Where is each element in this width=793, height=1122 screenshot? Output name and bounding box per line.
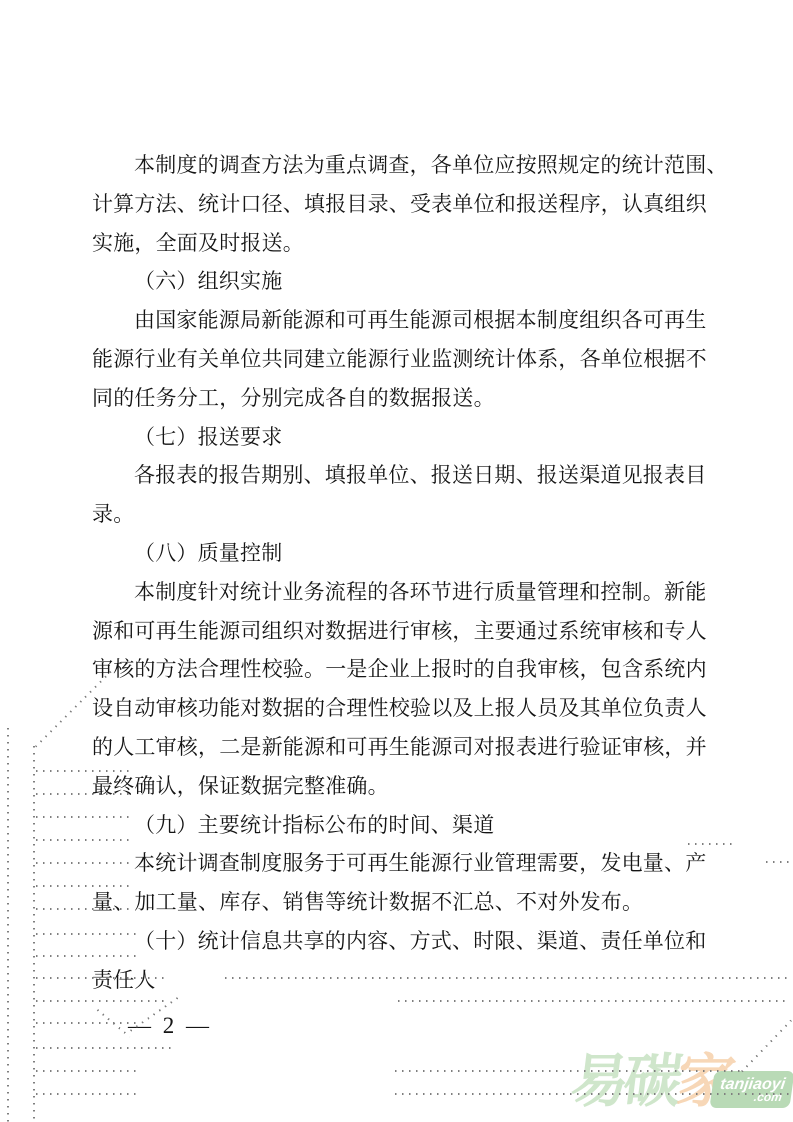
dot-line: [36, 955, 136, 957]
dot-line: [398, 1000, 790, 1002]
dot-line: [36, 1047, 176, 1049]
dot-line: [36, 770, 132, 772]
dot-line: [36, 1022, 136, 1024]
text-line: 审核的方法合理性校验。一是企业上报时的自我审核，包含系统内: [92, 650, 704, 689]
text-line: 责任人: [92, 961, 704, 1000]
dot-line: [36, 1093, 136, 1095]
text-line: 计算方法、统计口径、填报目录、受表单位和报送程序，认真组织: [92, 185, 704, 224]
text-line: （十）统计信息共享的内容、方式、时限、渠道、责任单位和: [92, 922, 704, 961]
dot-line: [36, 885, 132, 887]
text-line: 本制度的调查方法为重点调查，各单位应按照规定的统计范围、: [92, 146, 704, 185]
text-line: 源和可再生能源司组织对数据进行审核，主要通过系统审核和专人: [92, 612, 704, 651]
text-line: 各报表的报告期别、填报单位、报送日期、报送渠道见报表目: [92, 456, 704, 495]
text-line: 同的任务分工，分别完成各自的数据报送。: [92, 379, 704, 418]
watermark-badge: tanjiaoyi .com: [709, 1071, 793, 1108]
text-line: （七）报送要求: [92, 418, 704, 457]
dot-line: [36, 816, 132, 818]
text-line: 设自动审核功能对数据的合理性校验以及上报人员及其单位负责人: [92, 689, 704, 728]
dot-line: [36, 933, 136, 935]
text-line: 录。: [92, 495, 704, 534]
body-text: 本制度的调查方法为重点调查，各单位应按照规定的统计范围、计算方法、统计口径、填报…: [92, 146, 704, 1000]
dot-line: [395, 1070, 740, 1072]
document-page: 本制度的调查方法为重点调查，各单位应按照规定的统计范围、计算方法、统计口径、填报…: [0, 0, 793, 1122]
text-line: 能源行业有关单位共同建立能源行业监测统计体系，各单位根据不: [92, 340, 704, 379]
dot-line: [766, 861, 793, 863]
dot-line: [36, 1000, 168, 1002]
dot-line: [688, 843, 734, 845]
text-line: 的人工审核，二是新能源和可再生能源司对报表进行验证审核，并: [92, 728, 704, 767]
text-line: 本制度针对统计业务流程的各环节进行质量管理和控制。新能: [92, 573, 704, 612]
text-line: （九）主要统计指标公布的时间、渠道: [92, 806, 704, 845]
watermark-char: 碳: [620, 1050, 681, 1114]
dot-line: [36, 977, 168, 979]
text-line: （八）质量控制: [92, 534, 704, 573]
dot-line-vertical: [33, 746, 35, 1122]
text-line: 实施，全面及时报送。: [92, 224, 704, 263]
dot-line: [36, 1070, 136, 1072]
text-line: 由国家能源局新能源和可再生能源司根据本制度组织各可再生: [92, 301, 704, 340]
dot-line: [36, 839, 132, 841]
text-line: 量、加工量、库存、销售等统计数据不汇总、不对外发布。: [92, 883, 704, 922]
dot-line: [36, 862, 132, 864]
dot-line: [225, 977, 790, 979]
dot-line: [36, 793, 132, 795]
watermark: 易碳家 tanjiaoyi .com: [571, 1050, 793, 1120]
dot-line-vertical: [7, 728, 9, 1122]
text-line: 本统计调查制度服务于可再生能源行业管理需要，发电量、产: [92, 844, 704, 883]
dot-line: [395, 1093, 790, 1095]
text-line: 最终确认，保证数据完整准确。: [92, 767, 704, 806]
dot-line: [36, 908, 132, 910]
text-line: （六）组织实施: [92, 262, 704, 301]
watermark-char: 易: [567, 1050, 628, 1114]
page-number: — 2 —: [128, 1013, 212, 1039]
